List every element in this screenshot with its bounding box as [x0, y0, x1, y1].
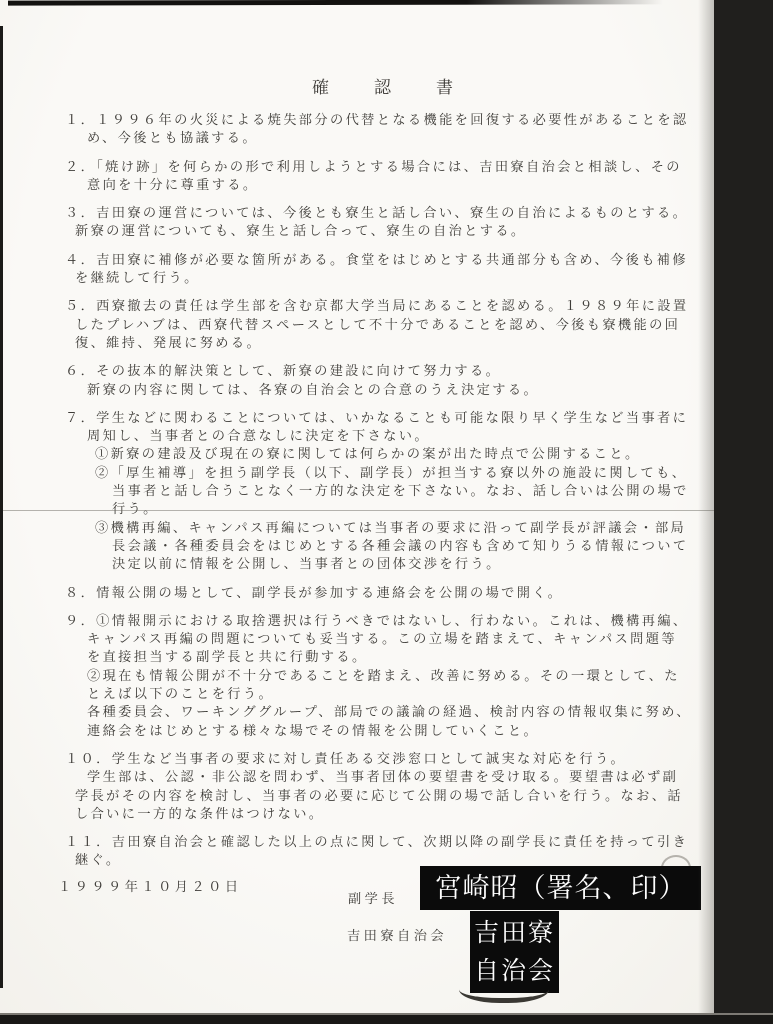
document-line: 各種委員会、ワーキンググループ、部局での議論の経過、検討内容の情報収集に努め、: [87, 703, 714, 721]
document-line: を継続して行う。: [75, 269, 714, 287]
confirmation-item-7: ７．学生などに関わることについては、いかなることも可能な限り早く学生など当事者に…: [65, 409, 714, 574]
scan-edge-right: [714, 0, 773, 1024]
document-line: ２．「焼け跡」を何らかの形で利用しようとする場合には、吉田寮自治会と相談し、その: [65, 158, 714, 176]
document-line: ③機構再編、キャンパス再編については当事者の要求に沿って副学長が評議会・部局: [95, 519, 714, 537]
signer-role-yoshida-dorm-jichikai: 吉田寮自治会: [347, 925, 447, 944]
scan-edge-right-shadow: [698, 0, 714, 1024]
document-line: ５．西寮撤去の責任は学生部を含む京都大学当局にあることを認める。１９８９年に設置: [65, 297, 714, 315]
confirmation-item-5: ５．西寮撤去の責任は学生部を含む京都大学当局にあることを認める。１９８９年に設置…: [65, 297, 714, 352]
document-line: 当事者と話し合うことなく一方的な決定を下さない。なお、話し合いは公開の場で: [112, 482, 714, 500]
document-line: 新寮の運営についても、寮生と話し合って、寮生の自治とする。: [75, 222, 714, 240]
document-line: 連絡会をはじめとする様々な場でその情報を公開していくこと。: [87, 722, 714, 740]
signer-role-vice-president: 副学長: [348, 888, 398, 907]
scan-fold-line: [0, 510, 714, 511]
document-line: 周知し、当事者との合意なしに決定を下さない。: [87, 427, 714, 445]
document-line: ②現在も情報公開が不十分であることを踏まえ、改善に努める。その一環として、た: [87, 667, 714, 685]
confirmation-item-2: ２．「焼け跡」を何らかの形で利用しようとする場合には、吉田寮自治会と相談し、その…: [65, 158, 714, 195]
document-line: ３．吉田寮の運営については、今後とも寮生と話し合い、寮生の自治によるものとする。: [65, 204, 714, 222]
redaction-label-line: 自治会: [470, 952, 559, 990]
document-line: ９．①情報開示における取捨選択は行うべきではないし、行わない。これは、機構再編、: [65, 612, 714, 630]
document-line: 新寮の内容に関しては、各寮の自治会との合意のうえ決定する。: [87, 381, 714, 399]
page-title: 確 認 書: [65, 73, 714, 98]
document-line: め、今後とも協議する。: [87, 129, 714, 147]
document-line: １．１９９６年の火災による焼失部分の代替となる機能を回復する必要性があることを認: [65, 111, 714, 129]
scan-edge-bottom: [0, 1013, 773, 1024]
redaction-box-jichikai-seal: 吉田寮 自治会: [470, 911, 559, 993]
confirmation-item-9: ９．①情報開示における取捨選択は行うべきではないし、行わない。これは、機構再編、…: [65, 612, 714, 740]
seal-stamp-bottom-edge: [459, 988, 549, 1003]
document-line: し合いに一方的な条件はつけない。: [75, 805, 714, 823]
confirmation-item-1: １．１９９６年の火災による焼失部分の代替となる機能を回復する必要性があることを認…: [65, 111, 714, 148]
document-line: ①新寮の建設及び現在の寮に関しては何らかの案が出た時点で公開すること。: [95, 445, 714, 463]
document-line: ７．学生などに関わることについては、いかなることも可能な限り早く学生など当事者に: [65, 409, 714, 427]
redaction-label-line: 吉田寮: [470, 914, 559, 952]
document-line: を直接担当する副学長と共に行動する。: [87, 648, 714, 666]
document-line: ６．その抜本的解決策として、新寮の建設に向けて努力する。: [65, 362, 714, 380]
scan-edge-left: [0, 26, 3, 988]
document-line: とえば以下のことを行う。: [87, 685, 714, 703]
confirmation-item-6: ６．その抜本的解決策として、新寮の建設に向けて努力する。 新寮の内容に関しては、…: [65, 362, 714, 399]
confirmation-item-11: １１．吉田寮自治会と確認した以上の点に関して、次期以降の副学長に責任を持って引き…: [65, 833, 714, 870]
confirmation-paper: 確 認 書 １．１９９６年の火災による焼失部分の代替となる機能を回復する必要性が…: [0, 0, 773, 1024]
document-line: １１．吉田寮自治会と確認した以上の点に関して、次期以降の副学長に責任を持って引き: [65, 833, 714, 851]
confirmation-body: １．１９９６年の火災による焼失部分の代替となる機能を回復する必要性があることを認…: [65, 111, 714, 896]
document-line: したプレハブは、西寮代替スペースとして不十分であることを認め、今後も寮機能の回: [75, 316, 714, 334]
confirmation-item-3: ３．吉田寮の運営については、今後とも寮生と話し合い、寮生の自治によるものとする。…: [65, 204, 714, 241]
document-line: ８．情報公開の場として、副学長が参加する連絡会を公開の場で開く。: [65, 584, 714, 602]
document-content: 確 認 書 １．１９９６年の火災による焼失部分の代替となる機能を回復する必要性が…: [65, 0, 714, 896]
confirmation-item-10: １０．学生など当事者の要求に対し責任ある交渉窓口として誠実な対応を行う。 学生部…: [65, 750, 714, 823]
confirmation-item-8: ８．情報公開の場として、副学長が参加する連絡会を公開の場で開く。: [65, 584, 714, 602]
document-line: キャンパス再編の問題についても妥当する。この立場を踏まえて、キャンパス問題等: [87, 630, 714, 648]
document-line: ４．吉田寮に補修が必要な箇所がある。食堂をはじめとする共通部分も含め、今後も補修: [65, 251, 714, 269]
document-line: 学生部は、公認・非公認を問わず、当事者団体の要望書を受け取る。要望書は必ず副: [87, 768, 714, 786]
document-line: ②「厚生補導」を担う副学長（以下、副学長）が担当する寮以外の施設に関しても、: [95, 464, 714, 482]
document-line: 長会議・各種委員会をはじめとする各種会議の内容も含めて知りうる情報について: [112, 537, 714, 555]
redaction-box-vice-president-signature: 宮崎昭（署名、印）: [420, 866, 701, 910]
document-line: 学長がその内容を検討し、当事者の必要に応じて公開の場で話し合いを行う。なお、話: [75, 787, 714, 805]
document-line: １０．学生など当事者の要求に対し責任ある交渉窓口として誠実な対応を行う。: [65, 750, 714, 768]
document-line: 意向を十分に尊重する。: [87, 176, 714, 194]
document-line: 決定以前に情報を公開し、当事者との団体交渉を行う。: [112, 555, 714, 573]
confirmation-item-4: ４．吉田寮に補修が必要な箇所がある。食堂をはじめとする共通部分も含め、今後も補修…: [65, 251, 714, 288]
document-line: 復、維持、発展に努める。: [75, 334, 714, 352]
